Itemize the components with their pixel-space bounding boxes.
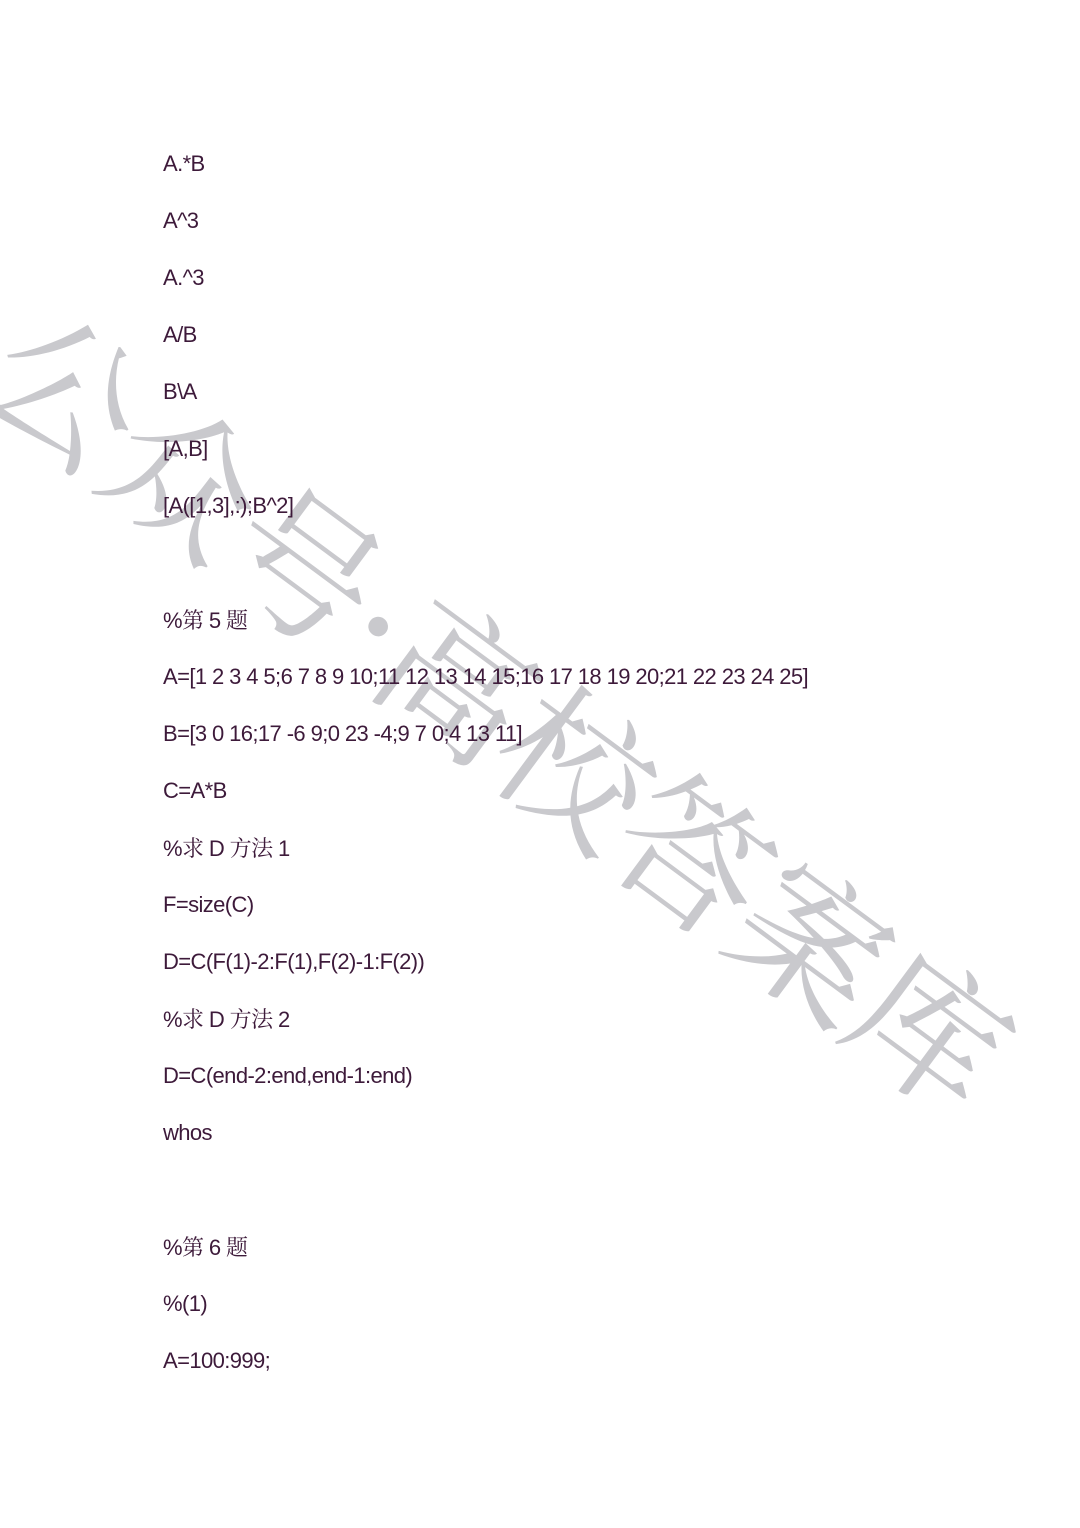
code-line: C=A*B (163, 762, 808, 819)
code-line: A.^3 (163, 249, 808, 306)
code-line: A^3 (163, 192, 808, 249)
comment-line: %求 D 方法 2 (163, 990, 808, 1047)
code-block: A.*B A^3 A.^3 A/B B\A [A,B] [A([1,3],:);… (163, 135, 808, 1389)
blank-line (163, 534, 808, 591)
code-line: [A([1,3],:);B^2] (163, 477, 808, 534)
comment-line: %第 5 题 (163, 591, 808, 648)
code-line: A.*B (163, 135, 808, 192)
code-line: A/B (163, 306, 808, 363)
code-line: B\A (163, 363, 808, 420)
code-line: B=[3 0 16;17 -6 9;0 23 -4;9 7 0;4 13 11] (163, 705, 808, 762)
comment-line: %求 D 方法 1 (163, 819, 808, 876)
comment-line: %第 6 题 (163, 1218, 808, 1275)
code-line: A=100:999; (163, 1332, 808, 1389)
code-line: F=size(C) (163, 876, 808, 933)
comment-line: %(1) (163, 1275, 808, 1332)
code-line: A=[1 2 3 4 5;6 7 8 9 10;11 12 13 14 15;1… (163, 648, 808, 705)
document-page: 公众号·高校答案库 A.*B A^3 A.^3 A/B B\A [A,B] [A… (0, 0, 1080, 1528)
code-line: [A,B] (163, 420, 808, 477)
code-line: D=C(end-2:end,end-1:end) (163, 1047, 808, 1104)
code-line: D=C(F(1)-2:F(1),F(2)-1:F(2)) (163, 933, 808, 990)
blank-line (163, 1161, 808, 1218)
code-line: whos (163, 1104, 808, 1161)
